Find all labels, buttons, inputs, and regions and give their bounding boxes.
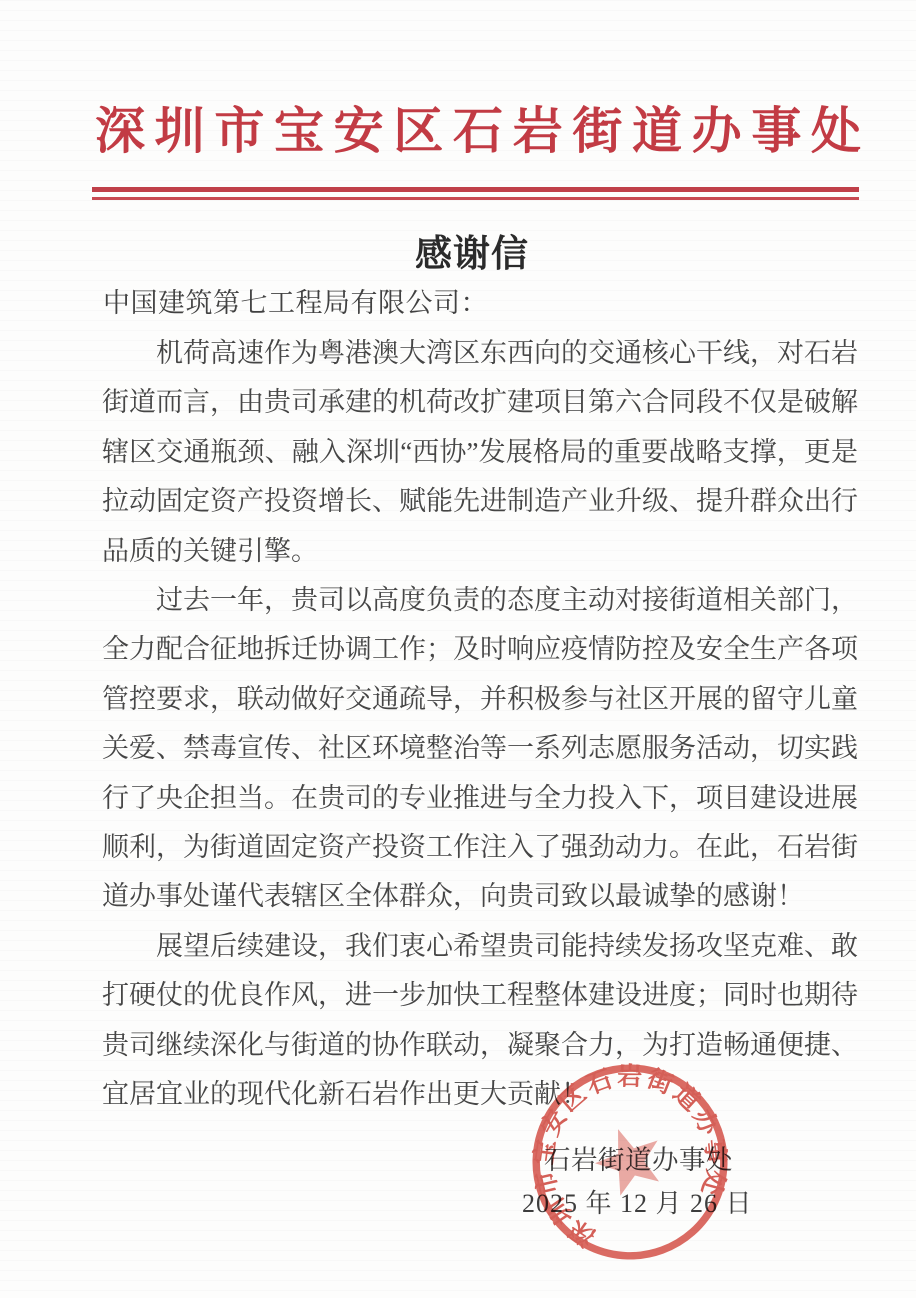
letter-body: 机荷高速作为粤港澳大湾区东西向的交通核心干线，对石岩街道而言，由贵司承建的机荷改…: [102, 329, 858, 1120]
signature-org: 石岩街道办事处: [544, 1138, 733, 1177]
paragraph-3: 展望后续建设，我们衷心希望贵司能持续发扬攻坚克难、敢打硬仗的优良作风，进一步加快…: [102, 922, 858, 1120]
paragraph-2: 过去一年，贵司以高度负责的态度主动对接街道相关部门，全力配合征地拆迁协调工作；及…: [102, 576, 858, 922]
paragraph-1: 机荷高速作为粤港澳大湾区东西向的交通核心干线，对石岩街道而言，由贵司承建的机荷改…: [102, 329, 858, 576]
salutation: 中国建筑第七工程局有限公司：: [103, 281, 488, 320]
letterhead-rule-thin: [92, 197, 859, 200]
letterhead-org-name: 深圳市宝安区石岩街道办事处: [95, 96, 861, 166]
letter-title: 感谢信: [0, 223, 916, 277]
letterhead-rule-thick: [92, 187, 859, 192]
scanned-letter-page: 深圳市宝安区石岩街道办事处 感谢信 中国建筑第七工程局有限公司： 机荷高速作为粤…: [0, 0, 916, 1298]
signature-date: 2025 年 12 月 26 日: [522, 1183, 753, 1220]
